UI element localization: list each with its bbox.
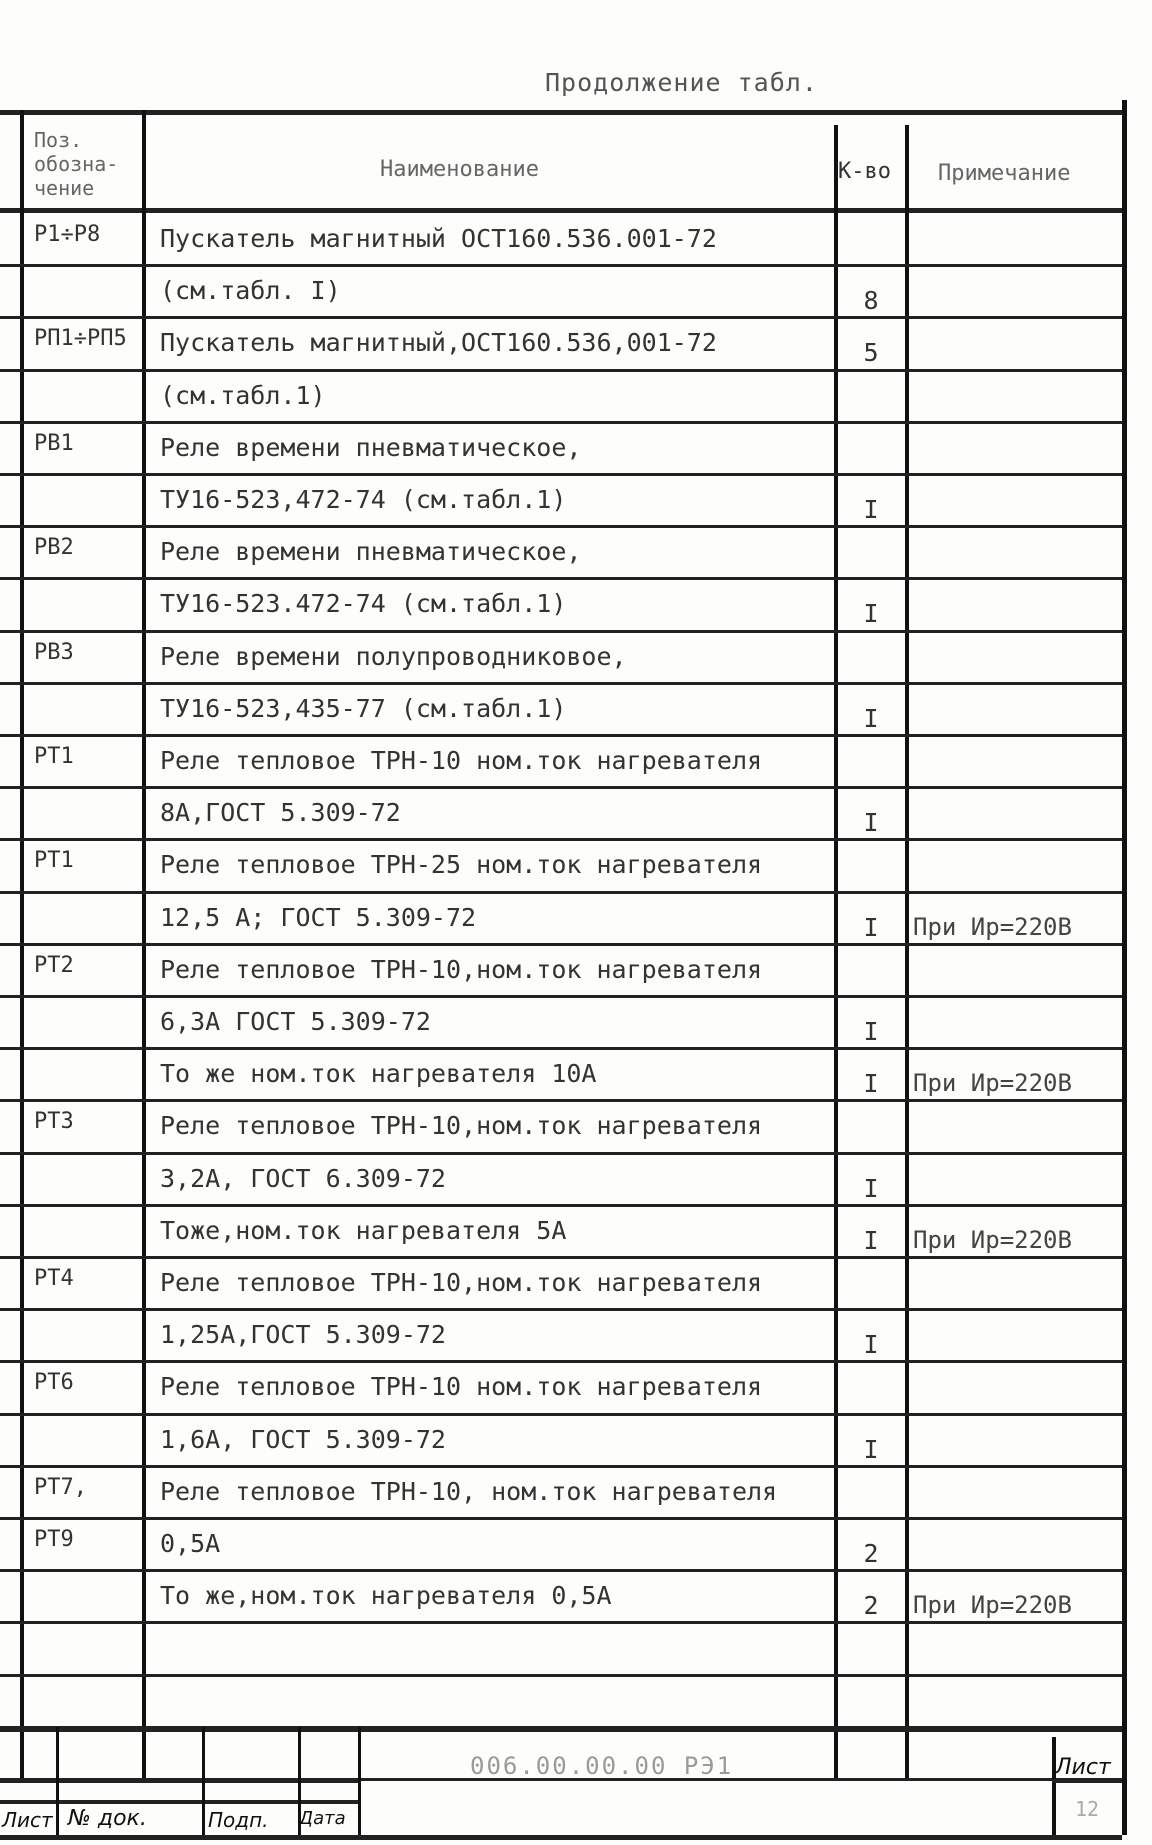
grid-horizontal-line	[0, 734, 1122, 737]
row-name: 6,3А ГОСТ 5.309-72	[160, 1007, 431, 1036]
grid-horizontal-line	[0, 682, 1122, 685]
row-position: РТ1	[34, 848, 74, 873]
row-quantity: I	[846, 1174, 896, 1203]
row-name: Реле тепловое ТРН-25 ном.ток нагревателя	[160, 850, 762, 879]
grid-horizontal-line	[0, 1099, 1122, 1102]
grid-horizontal-line	[0, 264, 1122, 267]
row-name: Реле времени пневматическое,	[160, 433, 581, 462]
row-name: ТУ16-523,435-77 (см.табл.1)	[160, 694, 566, 723]
row-name: 8А,ГОСТ 5.309-72	[160, 798, 401, 827]
grid-horizontal-line	[0, 1517, 1122, 1520]
table-continuation-caption: Продолжение табл.	[545, 68, 818, 97]
row-position: РП1÷РП5	[34, 326, 127, 351]
row-note: При Ир=220В	[913, 1591, 1072, 1619]
row-name: ТУ16-523.472-74 (см.табл.1)	[160, 589, 566, 618]
grid-horizontal-line	[0, 525, 1122, 528]
row-quantity: I	[846, 913, 896, 942]
grid-horizontal-line	[0, 1308, 1122, 1311]
row-name: Тоже,ном.ток нагревателя 5А	[160, 1216, 566, 1245]
grid-horizontal-line	[0, 1569, 1122, 1572]
grid-vertical-line	[56, 1727, 59, 1835]
row-position: РТ3	[34, 1109, 74, 1134]
row-name: Реле тепловое ТРН-10 ном.ток нагревателя	[160, 746, 762, 775]
grid-vertical-line	[358, 1727, 361, 1835]
header-pos-line: обозна-	[34, 152, 118, 176]
row-quantity: I	[846, 704, 896, 733]
grid-horizontal-line	[0, 316, 1122, 319]
sheet-number: 12	[1075, 1797, 1099, 1821]
row-quantity: 2	[846, 1539, 896, 1568]
grid-horizontal-line	[0, 1674, 1122, 1677]
header-pos-line: Поз.	[34, 128, 118, 152]
grid-horizontal-line	[0, 1204, 1122, 1207]
grid-vertical-line	[1122, 100, 1127, 1835]
row-position: РТ7,	[34, 1475, 87, 1500]
title-block-label-sheet: Лист	[2, 1808, 53, 1832]
row-quantity: I	[846, 1330, 896, 1359]
grid-horizontal-line	[0, 1621, 1122, 1624]
row-name: Пускатель магнитный ОСТ160.536.001-72	[160, 224, 717, 253]
title-block-label-signature: Подп.	[208, 1808, 269, 1832]
grid-horizontal-line	[0, 577, 1122, 580]
row-quantity: I	[846, 1017, 896, 1046]
grid-horizontal-line	[0, 473, 1122, 476]
row-position: РТ1	[34, 744, 74, 769]
grid-vertical-line	[905, 125, 909, 1778]
row-quantity: I	[846, 599, 896, 628]
row-name: То же,ном.ток нагревателя 0,5А	[160, 1581, 612, 1610]
row-position: Р1÷Р8	[34, 222, 100, 247]
row-name: 12,5 А; ГОСТ 5.309-72	[160, 903, 476, 932]
grid-horizontal-line	[0, 1465, 1122, 1468]
row-name: Реле времени полупроводниковое,	[160, 642, 627, 671]
grid-horizontal-line	[0, 110, 1122, 115]
row-position: РТ2	[34, 953, 74, 978]
row-quantity: I	[846, 495, 896, 524]
row-name: Реле тепловое ТРН-10 ном.ток нагревателя	[160, 1372, 762, 1401]
row-note: При Ир=220В	[913, 1226, 1072, 1254]
row-name: Реле времени пневматическое,	[160, 537, 581, 566]
row-name: Реле тепловое ТРН-10, ном.ток нагревател…	[160, 1477, 777, 1506]
grid-horizontal-line	[0, 1835, 1122, 1840]
row-name: 1,6А, ГОСТ 5.309-72	[160, 1425, 446, 1454]
title-block-label-doc-no: № док.	[68, 1806, 147, 1831]
row-quantity: 8	[846, 286, 896, 315]
row-note: При Ир=220В	[913, 1069, 1072, 1097]
row-quantity: I	[846, 1226, 896, 1255]
row-name: 0,5А	[160, 1529, 220, 1558]
header-qty: К-во	[838, 160, 891, 184]
grid-horizontal-line	[0, 786, 1122, 789]
sheet-label: Лист	[1055, 1755, 1111, 1780]
row-name: Реле тепловое ТРН-10,ном.ток нагревателя	[160, 1111, 762, 1140]
grid-horizontal-line	[0, 1800, 358, 1804]
grid-horizontal-line	[0, 838, 1122, 841]
title-block-label-date: Дата	[299, 1808, 346, 1829]
row-quantity: 5	[846, 338, 896, 367]
row-position: РВ3	[34, 640, 74, 665]
row-quantity: I	[846, 1069, 896, 1098]
row-position: РТ9	[34, 1527, 74, 1552]
row-quantity: I	[846, 808, 896, 837]
row-name: Реле тепловое ТРН-10,ном.ток нагревателя	[160, 955, 762, 984]
grid-horizontal-line	[0, 369, 1122, 372]
header-name: Наименование	[380, 158, 539, 182]
row-name: (см.табл. I)	[160, 276, 341, 305]
row-note: При Ир=220В	[913, 913, 1072, 941]
row-name: 3,2А, ГОСТ 6.309-72	[160, 1164, 446, 1193]
header-pos-line: чение	[34, 176, 118, 200]
grid-horizontal-line	[0, 1152, 1122, 1155]
row-name: 1,25А,ГОСТ 5.309-72	[160, 1320, 446, 1349]
grid-horizontal-line	[0, 995, 1122, 998]
grid-vertical-line	[1052, 1737, 1056, 1835]
row-position: РТ4	[34, 1266, 74, 1291]
grid-vertical-line	[202, 1727, 205, 1835]
grid-vertical-line	[834, 125, 838, 1778]
grid-horizontal-line	[0, 891, 1122, 894]
grid-horizontal-line	[0, 1256, 1122, 1259]
document-code: 006.00.00.00 РЭ1	[470, 1752, 733, 1780]
grid-horizontal-line	[0, 1727, 1122, 1732]
row-quantity: I	[846, 1435, 896, 1464]
row-name: ТУ16-523,472-74 (см.табл.1)	[160, 485, 566, 514]
row-position: РВ1	[34, 431, 74, 456]
row-name: Пускатель магнитный,ОСТ160.536,001-72	[160, 328, 717, 357]
grid-horizontal-line	[0, 1360, 1122, 1363]
grid-horizontal-line	[0, 1413, 1122, 1416]
grid-horizontal-line	[0, 421, 1122, 424]
grid-horizontal-line	[0, 208, 1122, 213]
row-name: (см.табл.1)	[160, 381, 326, 410]
row-name: Реле тепловое ТРН-10,ном.ток нагревателя	[160, 1268, 762, 1297]
header-pos: Поз. обозна- чение	[34, 128, 118, 200]
header-note: Примечание	[938, 162, 1070, 186]
grid-horizontal-line	[0, 1780, 358, 1783]
row-quantity: 2	[846, 1591, 896, 1620]
grid-horizontal-line	[0, 630, 1122, 633]
grid-horizontal-line	[0, 1047, 1122, 1050]
row-position: РТ6	[34, 1370, 74, 1395]
row-position: РВ2	[34, 535, 74, 560]
row-name: То же ном.ток нагревателя 10А	[160, 1059, 597, 1088]
grid-horizontal-line	[0, 943, 1122, 946]
